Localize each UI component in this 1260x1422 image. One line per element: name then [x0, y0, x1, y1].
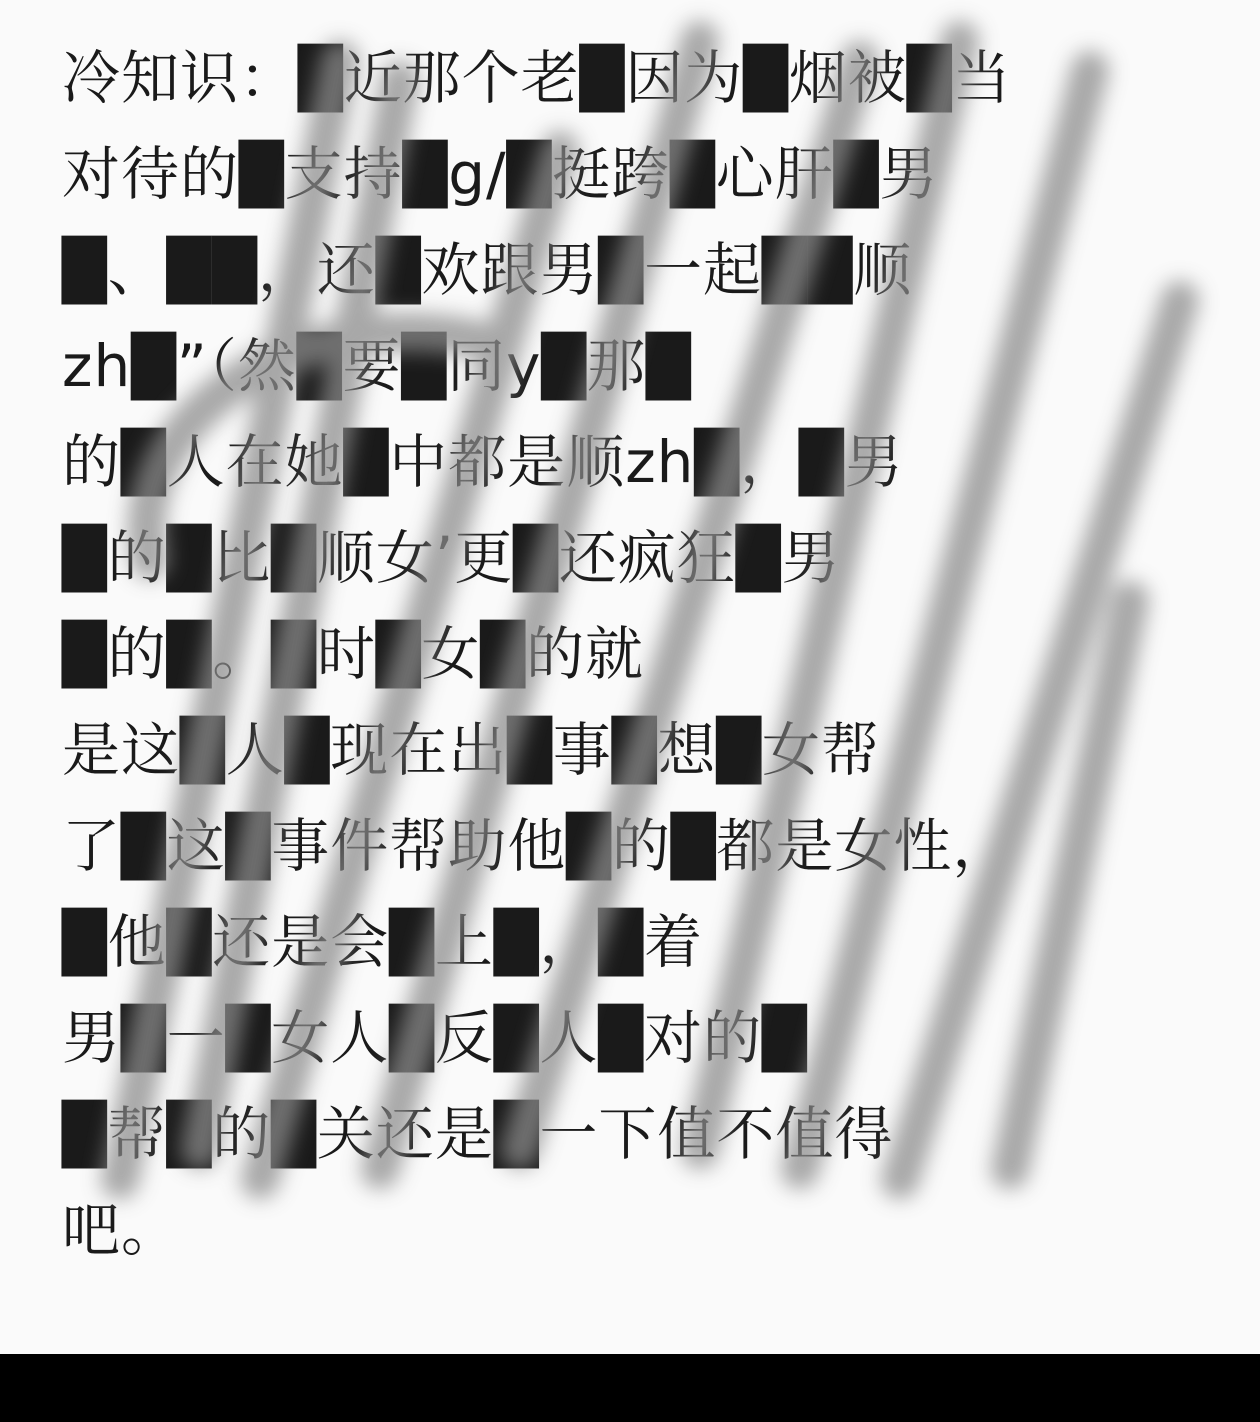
note-page: 冷知识：█近那个老█因为█烟被█当 对待的█支持█g/█挺跨█心肝█男 █、██…: [0, 0, 1260, 1354]
text-line-5: 的█人在她█中都是顺zh█，█男: [62, 414, 1202, 510]
text-line-1: 冷知识：█近那个老█因为█烟被█当: [62, 30, 1202, 126]
text-line-9: 了█这█事件帮助他█的█都是女性，: [62, 798, 1202, 894]
note-text-block: 冷知识：█近那个老█因为█烟被█当 对待的█支持█g/█挺跨█心肝█男 █、██…: [62, 30, 1202, 1278]
text-line-2: 对待的█支持█g/█挺跨█心肝█男: [62, 126, 1202, 222]
bottom-black-bar: [0, 1354, 1260, 1422]
text-line-3: █、██，还█欢跟男█一起██顺: [62, 222, 1202, 318]
text-line-12: █帮█的█关还是█一下值不值得: [62, 1086, 1202, 1182]
text-line-6: █的█比█顺女’更█还疯狂█男: [62, 510, 1202, 606]
text-line-13: 吧。: [62, 1182, 1202, 1278]
text-line-4: zh█”（然█要█同y█那█: [62, 318, 1202, 414]
text-line-11: 男█一█女人█反█人█对的█: [62, 990, 1202, 1086]
text-line-8: 是这█人█现在出█事█想█女帮: [62, 702, 1202, 798]
text-line-10: █他█还是会█上█，█着: [62, 894, 1202, 990]
text-line-7: █的█。█时█女█的就: [62, 606, 1202, 702]
